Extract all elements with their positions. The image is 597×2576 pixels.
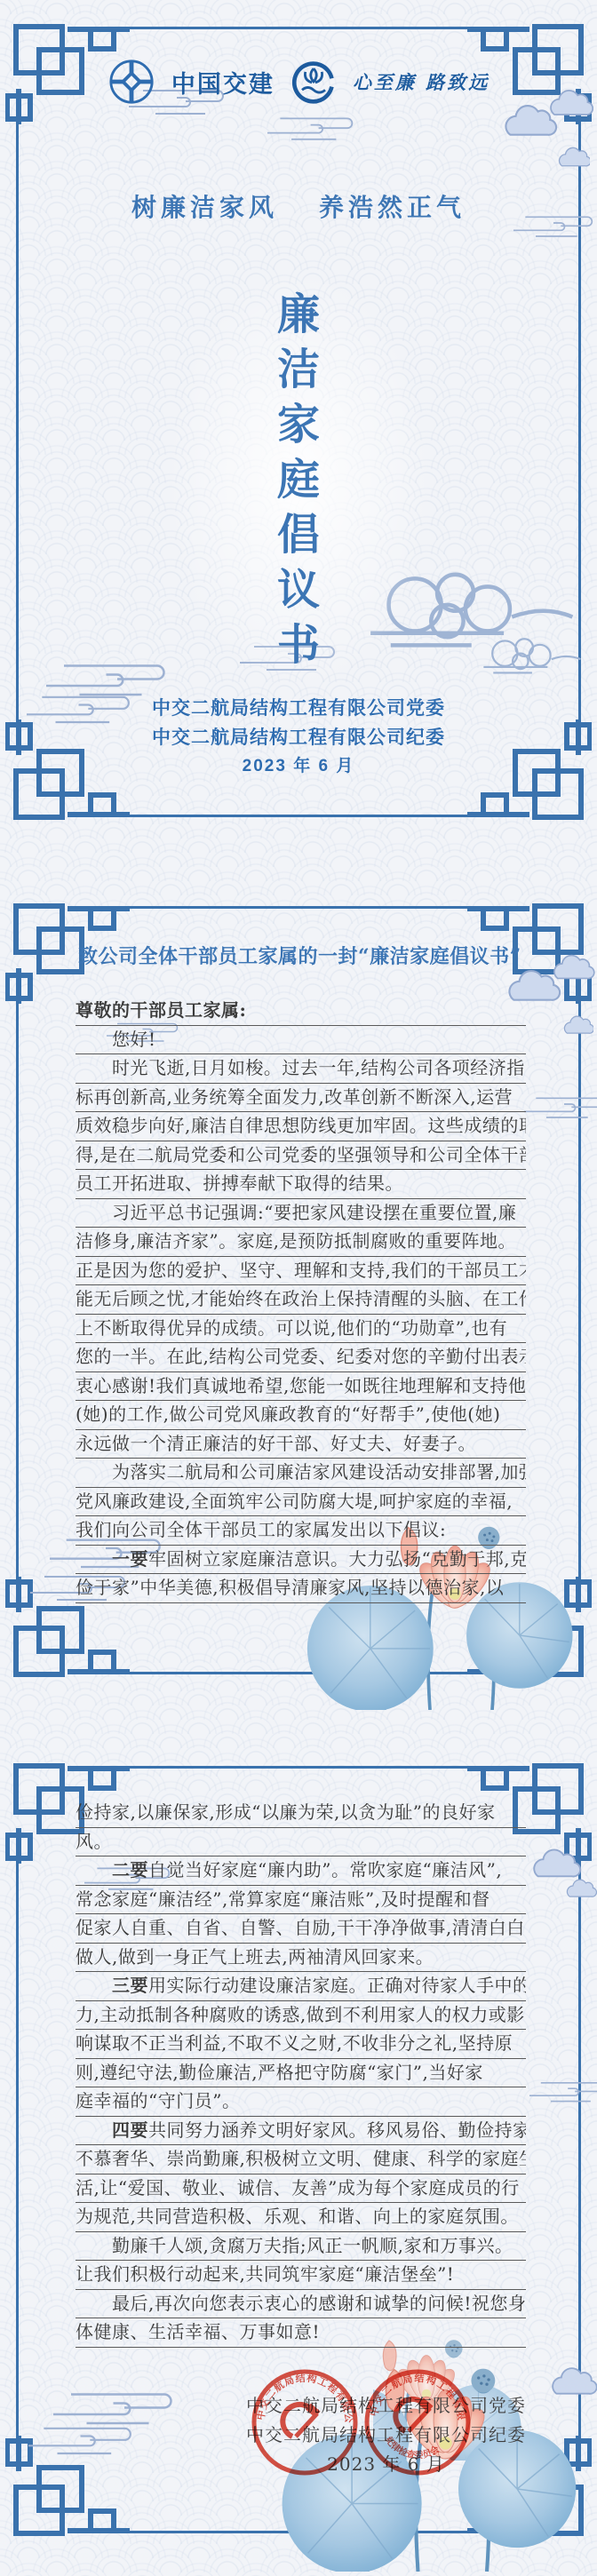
letter-line-text: 不慕奢华、崇尚勤廉,积极树立文明、健康、科学的家庭生 [76,2148,526,2169]
frame-border-bottom [117,815,480,817]
frame-border-left [16,990,19,1591]
letter-line: 则,遵纪守法,勤俭廉洁,严格把守防腐“家门”,当好家 [76,2059,526,2088]
letter-line: 力,主动抵制各种腐败的诱惑,做到不利用家人的权力或影 [76,2001,526,2031]
letter-line-text: 勤廉千人颂,贪腐万夫指;风正一帆顺,家和万事兴。 [76,2235,513,2256]
logo-row: 中国交建 心至廉 路致远 [0,50,597,114]
letter-line-text: 俭持家,以廉保家,形成“以廉为荣,以贪为耻”的良好家 [76,1801,496,1823]
letter-line: 尊敬的干部员工家属: [76,997,526,1026]
party-committee-seal: 中交二航局结构工程有限公司委员会 [250,2367,360,2477]
letter-heading: 致公司全体干部员工家属的一封“廉洁家庭倡议书” [78,942,558,969]
frame-border-top [117,906,480,909]
letter-line: 正是因为您的爱护、坚守、理解和支持,我们的干部员工才 [76,1257,526,1286]
title-char: 家 [0,397,597,452]
letter-line-text: 党风廉政建设,全面筑牢公司防腐大堤,呵护家庭的幸福, [76,1491,513,1512]
letter-line: 一要牢固树立家庭廉洁意识。大力弘扬“克勤于邦,克 [76,1546,526,1575]
title-char: 洁 [0,342,597,397]
letter-line-text: 风。 [76,1831,112,1852]
cover-motto: 树廉洁家风 养浩然正气 [0,188,597,224]
title-char: 廉 [0,287,597,342]
letter-line-text: 得,是在二航局党委和公司党委的坚强领导和公司全体干部 [76,1144,526,1165]
letter-line-text: 质效稳步向好,廉洁自律思想防线更加牢固。这些成绩的取 [76,1115,526,1136]
letter-line: 习近平总书记强调:“要把家风建设摆在重要位置,廉 [76,1199,526,1228]
letter-line: 俭于家”中华美德,积极倡导清廉家风,坚持以德治家,以 [76,1574,526,1603]
letter-line: 常念家庭“廉洁经”,常算家庭“廉洁账”,及时提醒和督 [76,1886,526,1915]
letter-line-text: 则,遵纪守法,勤俭廉洁,严格把守防腐“家门”,当好家 [76,2062,483,2083]
letter-line-text: 让我们积极行动起来,共同筑牢家庭“廉洁堡垒”! [76,2263,454,2285]
cover-signature-block: 中交二航局结构工程有限公司党委 中交二航局结构工程有限公司纪委 2023 年 6… [0,694,597,781]
svg-text:中交二航局结构工程有限公司委员会: 中交二航局结构工程有限公司委员会 [250,2367,354,2424]
letter-line-text: 用实际行动建设廉洁家庭。正确对待家人手中的权 [148,1975,526,1996]
title-char: 倡 [0,507,597,562]
letter-line-text: 常念家庭“廉洁经”,常算家庭“廉洁账”,及时提醒和督 [76,1888,490,1910]
letter-line-text: 时光飞逝,日月如梭。过去一年,结构公司各项经济指 [76,1057,525,1078]
letter-line: 得,是在二航局党委和公司党委的坚强领导和公司全体干部 [76,1141,526,1171]
letter-line-lead: 尊敬的干部员工家属: [76,999,246,1021]
letter-line-text: 您的一半。在此,结构公司党委、纪委对您的辛勤付出表示 [76,1346,526,1367]
letter-line: 勤廉千人颂,贪腐万夫指;风正一帆顺,家和万事兴。 [76,2232,526,2262]
letter-line: 活,让“爱国、敬业、诚信、友善”成为每个家庭成员的行 [76,2174,526,2204]
initiative-letter-document: 中国交建 心至廉 路致远 树廉洁家风 养浩然正气 廉 洁 家 庭 倡 议 书 中… [0,0,597,2576]
letter-line-text: 牢固树立家庭廉洁意识。大力弘扬“克勤于邦,克 [148,1548,526,1570]
letter-line-text: 标再创新高,业务统筹全面发力,改革创新不断深入,运营 [76,1086,513,1108]
svg-text:纪律检查委员会: 纪律检查委员会 [383,2435,441,2461]
letter-line-text: 共同努力涵养文明好家风。移风易俗、勤俭持家, [148,2119,526,2141]
cccc-logo-label: 中国交建 [171,65,275,99]
letter-line-text: 体健康、生活幸福、万事如意! [76,2321,320,2342]
letter-line-lead: 一要 [76,1548,148,1570]
letter-line: 风。 [76,1828,526,1857]
integrity-campaign-logo-icon [291,59,337,105]
letter-line-text: (她)的工作,做公司党风廉政教育的“好帮手”,使他(她) [76,1403,500,1425]
letter-line-text: 为落实二航局和公司廉洁家风建设活动安排部署,加强 [76,1461,526,1483]
title-char: 书 [0,617,597,672]
frame-border-bottom [117,1672,480,1674]
seal-ring-text: 中交二航局结构工程有限公司委员会 [250,2367,354,2424]
letter-line: 员工开拓进取、拼搏奉献下取得的结果。 [76,1170,526,1199]
letter-line: 最后,再次向您表示衷心的感谢和诚挚的问候!祝您身 [76,2290,526,2319]
letter-line-lead: 三要 [76,1975,148,1996]
letter-line: 质效稳步向好,廉洁自律思想防线更加牢固。这些成绩的取 [76,1112,526,1141]
letter-line-text: 上不断取得优异的成绩。可以说,他们的“功勋章”,也有 [76,1317,507,1339]
letter-line-text: 自觉当好家庭“廉内助”。常吹家庭“廉洁风”, [148,1859,502,1880]
letter-line: 我们向公司全体干部员工的家属发出以下倡议: [76,1516,526,1546]
letter-line: 响谋取不正当利益,不取不义之财,不收非分之礼,坚持原 [76,2030,526,2059]
party-emblem-icon [395,2398,433,2431]
cover-org-party: 中交二航局结构工程有限公司党委 [0,694,597,723]
cover-org-discipline: 中交二航局结构工程有限公司纪委 [0,723,597,752]
motto-right: 养浩然正气 [319,188,466,224]
frame-border-right [578,990,581,1591]
letter-line: 能无后顾之忧,才能始终在政治上保持清醒的头脑、在工作 [76,1285,526,1315]
letter-line: 俭持家,以廉保家,形成“以廉为荣,以贪为耻”的良好家 [76,1799,526,1828]
letter-line-text: 我们向公司全体干部员工的家属发出以下倡议: [76,1519,446,1540]
letter-line-text: 您好! [76,1029,156,1050]
discipline-commission-seal: 中交二航局结构工程有限公司 纪律检查委员会 [362,2367,473,2477]
letter-line-text: 员工开拓进取、拼搏奉献下取得的结果。 [76,1173,403,1194]
letter-line: 您的一半。在此,结构公司党委、纪委对您的辛勤付出表示 [76,1343,526,1372]
letter-line: 您好! [76,1026,526,1055]
letter-line: 体健康、生活幸福、万事如意! [76,2318,526,2348]
letter-line-text: 能无后顾之忧,才能始终在政治上保持清醒的头脑、在工作 [76,1288,526,1309]
letter-line-text: 衷心感谢!我们真诚地希望,您能一如既往地理解和支持他 [76,1375,526,1396]
seal-bottom-text: 纪律检查委员会 [383,2435,441,2461]
frame-border-top [117,1766,480,1769]
letter-line: 为规范,共同营造积极、乐观、和谐、向上的家庭氛围。 [76,2203,526,2232]
letter-line-text: 永远做一个清正廉洁的好干部、好丈夫、好妻子。 [76,1433,476,1454]
letter-line: 标再创新高,业务统筹全面发力,改革创新不断深入,运营 [76,1084,526,1113]
frame-border-right [578,1849,581,2450]
seal-ring-text: 中交二航局结构工程有限公司 [362,2367,468,2422]
party-emblem-icon [283,2404,320,2437]
letter-line: 上不断取得优异的成绩。可以说,他们的“功勋章”,也有 [76,1315,526,1344]
letter-line-text: 响谋取不正当利益,不取不义之财,不收非分之礼,坚持原 [76,2032,513,2054]
letter-line-lead: 四要 [76,2119,148,2141]
title-char: 议 [0,562,597,617]
letter-line-text: 庭幸福的“守门员”。 [76,2090,240,2111]
letter-line-text: 俭于家”中华美德,积极倡导清廉家风,坚持以德治家,以 [76,1577,504,1598]
letter-line: 衷心感谢!我们真诚地希望,您能一如既往地理解和支持他 [76,1372,526,1402]
cover-date: 2023 年 6 月 [0,752,597,781]
title-char: 庭 [0,452,597,507]
letter-line-text: 促家人自重、自省、自警、自励,干干净净做事,清清白白 [76,1917,525,1938]
letter-line: 三要用实际行动建设廉洁家庭。正确对待家人手中的权 [76,1972,526,2001]
letter-line: 四要共同努力涵养文明好家风。移风易俗、勤俭持家, [76,2117,526,2146]
fret-corner-ornament [5,2436,130,2560]
frame-border-bottom [117,2531,480,2533]
letter-line-text: 习近平总书记强调:“要把家风建设摆在重要位置,廉 [76,1202,516,1223]
letter-body-page2: 俭持家,以廉保家,形成“以廉为荣,以贪为耻”的良好家 风。 二要自觉当好家庭“廉… [76,1799,526,2348]
cover-vertical-title: 廉 洁 家 庭 倡 议 书 [0,287,597,672]
letter-line: 二要自觉当好家庭“廉内助”。常吹家庭“廉洁风”, [76,1856,526,1886]
motto-left: 树廉洁家风 [131,188,278,224]
letter-line: 做人,做到一身正气上班去,两袖清风回家来。 [76,1944,526,1973]
frame-border-left [16,1849,19,2450]
integrity-campaign-logo-label: 心至廉 路致远 [353,68,490,95]
letter-line: 为落实二航局和公司廉洁家风建设活动安排部署,加强 [76,1459,526,1488]
letter-line-text: 正是因为您的爱护、坚守、理解和支持,我们的干部员工才 [76,1260,526,1281]
letter-line: (她)的工作,做公司党风廉政教育的“好帮手”,使他(她) [76,1401,526,1430]
letter-body-page1: 尊敬的干部员工家属: 您好! 时光飞逝,日月如梭。过去一年,结构公司各项经济指 … [76,997,526,1603]
letter-line-lead: 二要 [76,1859,148,1880]
frame-border-top [117,27,480,29]
letter-line: 永远做一个清正廉洁的好干部、好丈夫、好妻子。 [76,1430,526,1459]
letter-line: 洁修身,廉洁齐家”。家庭,是预防抵制腐败的重要阵地。 [76,1228,526,1257]
svg-text:中交二航局结构工程有限公司: 中交二航局结构工程有限公司 [362,2367,468,2422]
letter-line: 党风廉政建设,全面筑牢公司防腐大堤,呵护家庭的幸福, [76,1488,526,1517]
cccc-logo-icon [107,58,155,106]
letter-line-text: 洁修身,廉洁齐家”。家庭,是预防抵制腐败的重要阵地。 [76,1230,516,1252]
letter-line: 庭幸福的“守门员”。 [76,2087,526,2117]
letter-line-text: 最后,再次向您表示衷心的感谢和诚挚的问候!祝您身 [76,2293,526,2314]
letter-line-text: 活,让“爱国、敬业、诚信、友善”成为每个家庭成员的行 [76,2177,520,2198]
letter-line: 让我们积极行动起来,共同筑牢家庭“廉洁堡垒”! [76,2261,526,2290]
letter-line: 时光飞逝,日月如梭。过去一年,结构公司各项经济指 [76,1054,526,1084]
letter-line-text: 做人,做到一身正气上班去,两袖清风回家来。 [76,1946,434,1968]
letter-line: 不慕奢华、崇尚勤廉,积极树立文明、健康、科学的家庭生 [76,2145,526,2174]
letter-line-text: 为规范,共同营造积极、乐观、和谐、向上的家庭氛围。 [76,2206,519,2227]
letter-line-text: 力,主动抵制各种腐败的诱惑,做到不利用家人的权力或影 [76,2004,525,2025]
letter-line: 促家人自重、自省、自警、自励,干干净净做事,清清白白 [76,1914,526,1944]
